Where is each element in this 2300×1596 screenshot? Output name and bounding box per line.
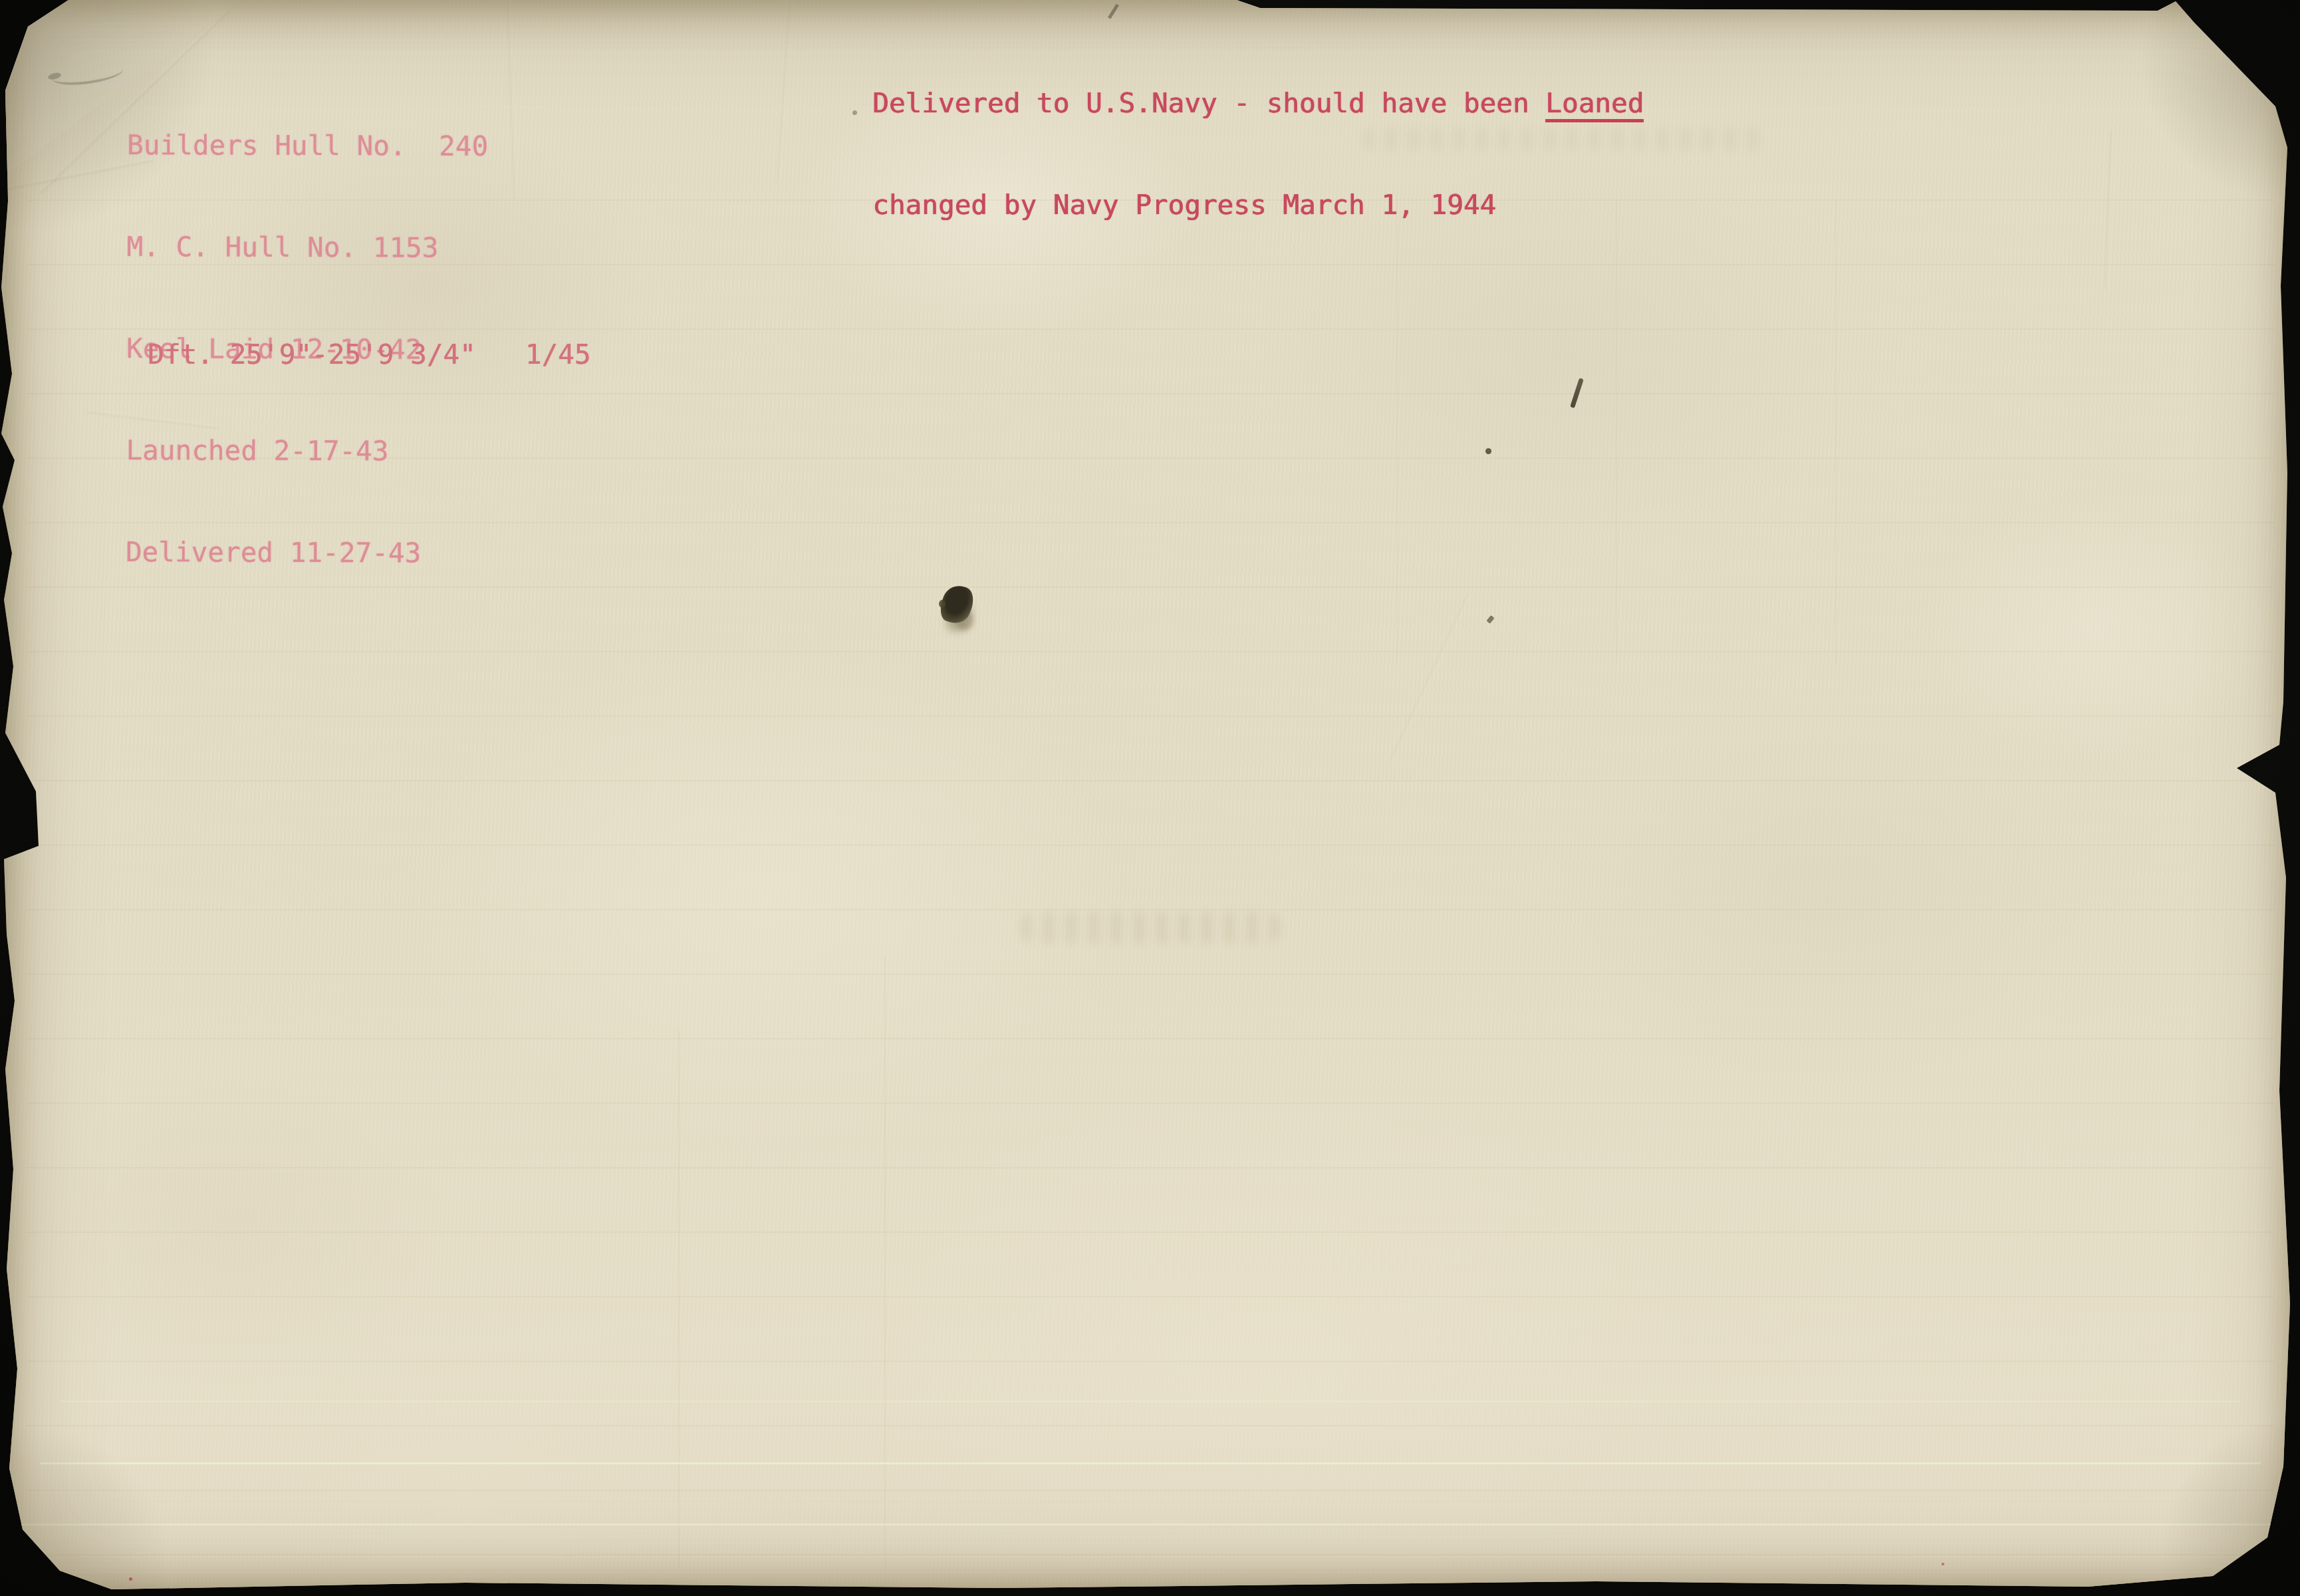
draft-note: Dft. 25'9"-25'9 3/4" 1/45: [148, 338, 590, 372]
ruled-line: [40, 1462, 2261, 1464]
annotation-underlined-word: Loaned: [1545, 87, 1644, 122]
index-card: Builders Hull No. 240 M. C. Hull No. 115…: [0, 0, 2300, 1596]
ghost-column-line: [884, 958, 886, 1569]
ink-speck: [1485, 448, 1491, 454]
ghost-column-line: [678, 1031, 680, 1569]
ink-speck: [852, 110, 857, 115]
annotation-line-1-text: Delivered to U.S.Navy - should have been: [872, 87, 1545, 119]
ghost-column-line: [1835, 199, 1837, 665]
stamp-line-delivered: Delivered 11-27-43: [126, 535, 487, 571]
red-speck: [1942, 1563, 1944, 1565]
bleed-through-smudge: [1021, 912, 1280, 943]
crease-line: [777, 1, 793, 187]
stamp-line-mc-hull: M. C. Hull No. 1153: [126, 230, 487, 265]
ruled-line: [60, 1400, 2241, 1402]
ink-blot-stain: [939, 600, 946, 608]
annotation-line-2: changed by Navy Progress March 1, 1944: [872, 188, 1644, 222]
annotation-line-1: Delivered to U.S.Navy - should have been…: [872, 86, 1644, 120]
navy-annotation: Delivered to U.S.Navy - should have been…: [872, 19, 1644, 290]
red-speck: [129, 1577, 132, 1581]
stamp-line-launched: Launched 2-17-43: [126, 434, 487, 469]
ruled-line: [17, 1524, 2274, 1526]
stamp-line-builders-hull: Builders Hull No. 240: [127, 128, 488, 164]
crease-line: [507, 1, 517, 200]
scanner-background: Builders Hull No. 240 M. C. Hull No. 115…: [0, 0, 2300, 1596]
